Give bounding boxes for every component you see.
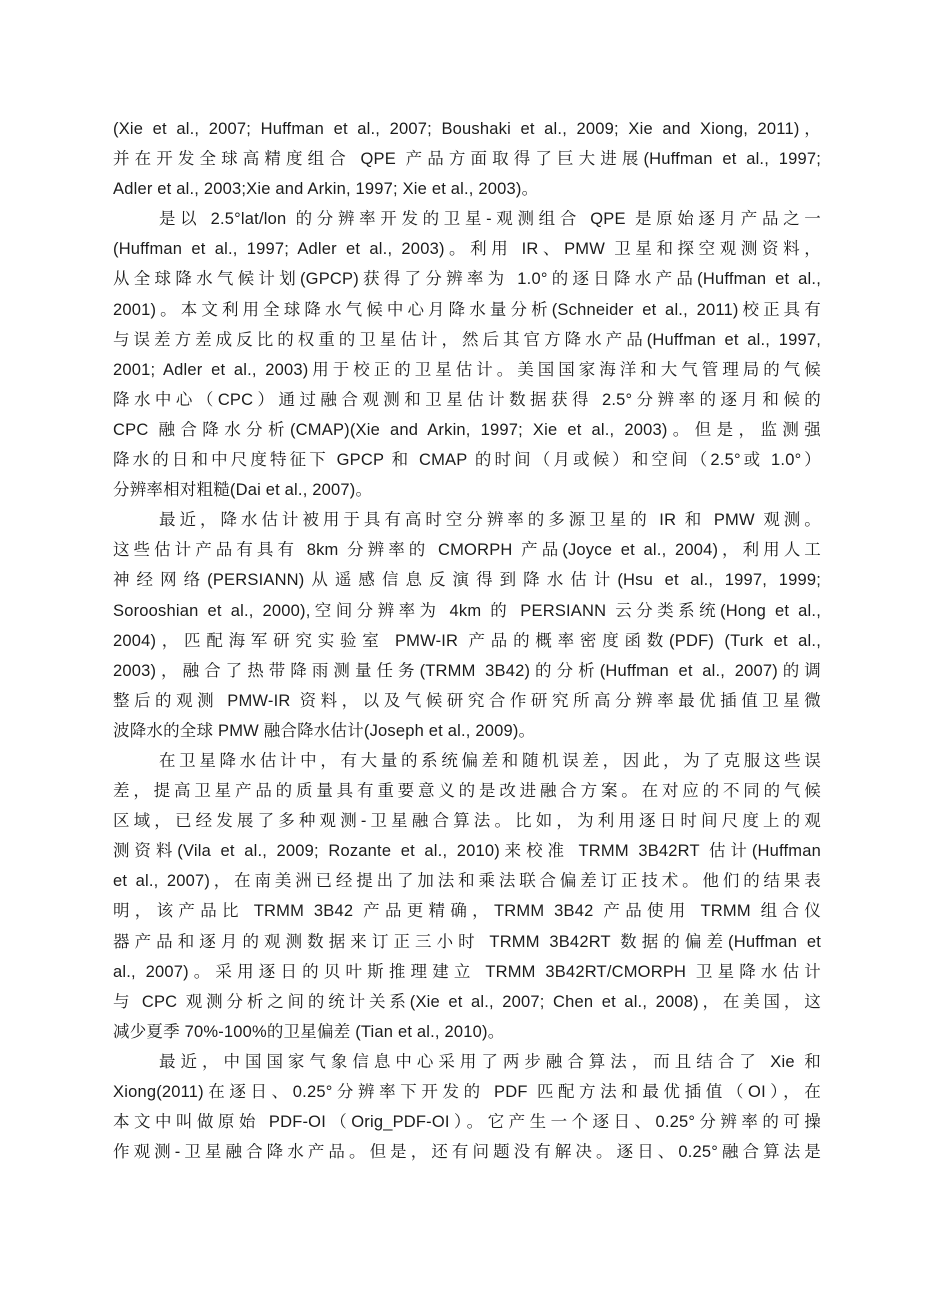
text-line: 在卫星降水估计中，有大量的系统偏差和随机误差，因此，为了克服这些误 — [113, 746, 821, 776]
text-line: 2004)，匹配海军研究实验室 PMW-IR 产品的概率密度函数(PDF) (T… — [113, 626, 821, 656]
text-line: 减少夏季 70%-100%的卫星偏差 (Tian et al., 2010)。 — [113, 1017, 821, 1047]
text-line: 器产品和逐月的观测数据来订正三小时 TRMM 3B42RT 数据的偏差(Huff… — [113, 927, 821, 957]
text-line: 最近，中国国家气象信息中心采用了两步融合算法，而且结合了 Xie 和 — [113, 1047, 821, 1077]
text-line: 与 CPC 观测分析之间的统计关系(Xie et al., 2007; Chen… — [113, 987, 821, 1017]
text-line: 最近，降水估计被用于具有高时空分辨率的多源卫星的 IR 和 PMW 观测。 — [113, 505, 821, 535]
text-line: 差，提高卫星产品的质量具有重要意义的是改进融合方案。在对应的不同的气候 — [113, 776, 821, 806]
text-line: 从全球降水气候计划(GPCP)获得了分辨率为 1.0°的逐日降水产品(Huffm… — [113, 264, 821, 294]
text-line: 降水中心（CPC）通过融合观测和卫星估计数据获得 2.5°分辨率的逐月和候的 — [113, 385, 821, 415]
text-line: (Huffman et al., 1997; Adler et al., 200… — [113, 234, 821, 264]
text-line: Adler et al., 2003;Xie and Arkin, 1997; … — [113, 174, 821, 204]
text-line: 降水的日和中尺度特征下 GPCP 和 CMAP 的时间（月或候）和空间（2.5°… — [113, 445, 821, 475]
text-block: (Xie et al., 2007; Huffman et al., 2007;… — [113, 114, 821, 1167]
text-line: Sorooshian et al., 2000),空间分辨率为 4km 的 PE… — [113, 596, 821, 626]
text-line: 作观测-卫星融合降水产品。但是，还有问题没有解决。逐日、0.25°融合算法是 — [113, 1137, 821, 1167]
text-line: 区域，已经发展了多种观测-卫星融合算法。比如，为利用逐日时间尺度上的观 — [113, 806, 821, 836]
text-line: 测资料(Vila et al., 2009; Rozante et al., 2… — [113, 836, 821, 866]
text-line: Xiong(2011)在逐日、0.25°分辨率下开发的 PDF 匹配方法和最优插… — [113, 1077, 821, 1107]
paragraph: 是以 2.5°lat/lon 的分辨率开发的卫星-观测组合 QPE 是原始逐月产… — [113, 204, 821, 505]
paragraph: 最近，降水估计被用于具有高时空分辨率的多源卫星的 IR 和 PMW 观测。这些估… — [113, 505, 821, 746]
text-line: 波降水的全球 PMW 融合降水估计(Joseph et al., 2009)。 — [113, 716, 821, 746]
document-page: (Xie et al., 2007; Huffman et al., 2007;… — [0, 0, 925, 1309]
text-line: 与误差方差成反比的权重的卫星估计，然后其官方降水产品(Huffman et al… — [113, 325, 821, 355]
text-line: 这些估计产品有具有 8km 分辨率的 CMORPH 产品(Joyce et al… — [113, 535, 821, 565]
text-line: 本文中叫做原始 PDF-OI（Orig_PDF-OI）。它产生一个逐日、0.25… — [113, 1107, 821, 1137]
text-line: 神经网络(PERSIANN)从遥感信息反演得到降水估计(Hsu et al., … — [113, 565, 821, 595]
text-line: al., 2007)。采用逐日的贝叶斯推理建立 TRMM 3B42RT/CMOR… — [113, 957, 821, 987]
text-line: 分辨率相对粗糙(Dai et al., 2007)。 — [113, 475, 821, 505]
paragraph: 最近，中国国家气象信息中心采用了两步融合算法，而且结合了 Xie 和Xiong(… — [113, 1047, 821, 1167]
text-line: CPC 融合降水分析(CMAP)(Xie and Arkin, 1997; Xi… — [113, 415, 821, 445]
text-line: 是以 2.5°lat/lon 的分辨率开发的卫星-观测组合 QPE 是原始逐月产… — [113, 204, 821, 234]
text-line: 明，该产品比 TRMM 3B42 产品更精确，TRMM 3B42 产品使用 TR… — [113, 896, 821, 926]
text-line: et al., 2007)，在南美洲已经提出了加法和乘法联合偏差订正技术。他们的… — [113, 866, 821, 896]
text-line: 2003)，融合了热带降雨测量任务(TRMM 3B42)的分析(Huffman … — [113, 656, 821, 686]
text-line: 2001)。本文利用全球降水气候中心月降水量分析(Schneider et al… — [113, 295, 821, 325]
text-line: 并在开发全球高精度组合 QPE 产品方面取得了巨大进展(Huffman et a… — [113, 144, 821, 174]
text-line: 2001; Adler et al., 2003)用于校正的卫星估计。美国国家海… — [113, 355, 821, 385]
paragraph: 在卫星降水估计中，有大量的系统偏差和随机误差，因此，为了克服这些误差，提高卫星产… — [113, 746, 821, 1047]
paragraph: (Xie et al., 2007; Huffman et al., 2007;… — [113, 114, 821, 204]
text-line: (Xie et al., 2007; Huffman et al., 2007;… — [113, 114, 821, 144]
text-line: 整后的观测 PMW-IR 资料，以及气候研究合作研究所高分辨率最优插值卫星微 — [113, 686, 821, 716]
